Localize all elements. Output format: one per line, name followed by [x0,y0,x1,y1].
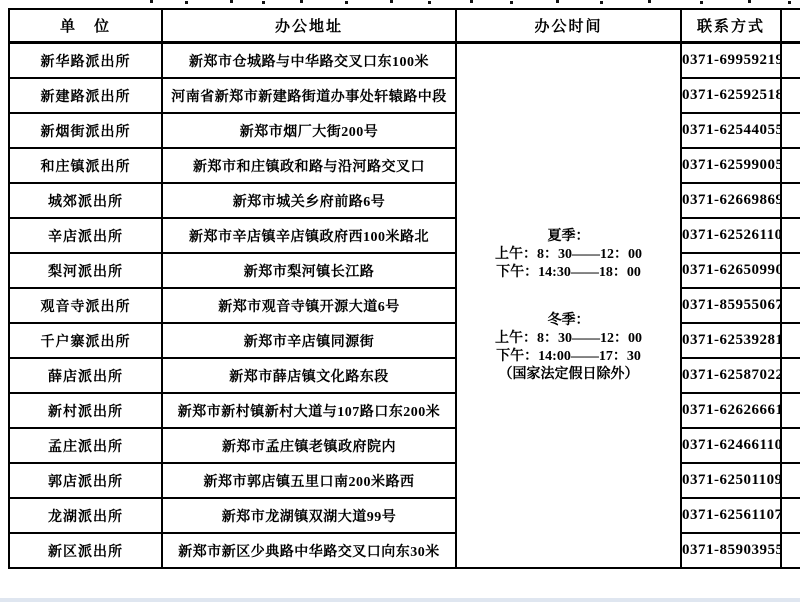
address-cell: 新郑市城关乡府前路6号 [162,183,456,218]
unit-cell: 观音寺派出所 [9,288,162,323]
office-hours-cell: 夏季： 上午：8：30——12：00 下午：14:30——18：00 冬季： 上… [456,43,681,569]
summer-title: 夏季： [495,228,642,246]
phone-cell: 0371-62539281 [681,323,781,358]
phone-cell: 0371-85903955 [681,533,781,568]
cutoff-cell [781,288,800,323]
address-cell: 新郑市龙湖镇双湖大道99号 [162,498,456,533]
address-cell: 新郑市梨河镇长江路 [162,253,456,288]
table-row: 龙湖派出所 新郑市龙湖镇双湖大道99号 0371-62561107 [9,498,800,533]
cutoff-cell [781,183,800,218]
winter-am: 上午：8：30——12：00 [495,330,642,348]
address-cell: 新郑市新村镇新村大道与107路口东200米 [162,393,456,428]
address-cell: 新郑市和庄镇政和路与沿河路交叉口 [162,148,456,183]
phone-cell: 0371-62669869 [681,183,781,218]
cutoff-cell [781,533,800,568]
phone-cell: 0371-62650990 [681,253,781,288]
table-row: 孟庄派出所 新郑市孟庄镇老镇政府院内 0371-62466110 [9,428,800,463]
address-cell: 新郑市孟庄镇老镇政府院内 [162,428,456,463]
office-hours-block: 夏季： 上午：8：30——12：00 下午：14:30——18：00 冬季： 上… [457,228,680,384]
cutoff-cell [781,498,800,533]
address-cell: 新郑市郭店镇五里口南200米路西 [162,463,456,498]
winter-title: 冬季： [495,312,642,330]
unit-cell: 孟庄派出所 [9,428,162,463]
cutoff-cell [781,218,800,253]
phone-cell: 0371-62501109 [681,463,781,498]
table-row: 新村派出所 新郑市新村镇新村大道与107路口东200米 0371-6262666… [9,393,800,428]
table-row: 新华路派出所 新郑市仓城路与中华路交叉口东100米 夏季： 上午：8：30——1… [9,43,800,79]
table-row: 薛店派出所 新郑市薛店镇文化路东段 0371-62587022 [9,358,800,393]
unit-cell: 薛店派出所 [9,358,162,393]
address-cell: 新郑市观音寺镇开源大道6号 [162,288,456,323]
phone-cell: 0371-62526110 [681,218,781,253]
holiday-note: （国家法定假日除外） [495,366,642,384]
unit-cell: 新建路派出所 [9,78,162,113]
table-row: 城郊派出所 新郑市城关乡府前路6号 0371-62669869 [9,183,800,218]
phone-cell: 0371-85955067 [681,288,781,323]
unit-cell: 新村派出所 [9,393,162,428]
summer-am: 上午：8：30——12：00 [495,246,642,264]
phone-cell: 0371-62544055 [681,113,781,148]
phone-cell: 0371-62561107 [681,498,781,533]
header-unit: 单 位 [9,9,162,43]
table-row: 千户寨派出所 新郑市辛店镇同源街 0371-62539281 [9,323,800,358]
page-bottom-strip [0,598,800,602]
header-cutoff-column [781,9,800,43]
cutoff-cell [781,463,800,498]
table-row: 和庄镇派出所 新郑市和庄镇政和路与沿河路交叉口 0371-62599005 [9,148,800,183]
unit-cell: 千户寨派出所 [9,323,162,358]
table-row: 观音寺派出所 新郑市观音寺镇开源大道6号 0371-85955067 [9,288,800,323]
phone-cell: 0371-62592518 [681,78,781,113]
unit-cell: 郭店派出所 [9,463,162,498]
cutoff-cell [781,393,800,428]
phone-cell: 0371-62626661 [681,393,781,428]
unit-cell: 和庄镇派出所 [9,148,162,183]
cutoff-cell [781,253,800,288]
summer-hours: 夏季： 上午：8：30——12：00 下午：14:30——18：00 [495,228,642,282]
header-hours: 办公时间 [456,9,681,43]
address-cell: 新郑市仓城路与中华路交叉口东100米 [162,43,456,79]
address-cell: 新郑市辛店镇同源街 [162,323,456,358]
header-row: 单 位 办公地址 办公时间 联系方式 [9,9,800,43]
cutoff-cell [781,78,800,113]
summer-pm: 下午：14:30——18：00 [495,264,642,282]
address-cell: 新郑市薛店镇文化路东段 [162,358,456,393]
phone-cell: 0371-69959219 [681,43,781,79]
table-row: 新烟街派出所 新郑市烟厂大街200号 0371-62544055 [9,113,800,148]
phone-cell: 0371-62587022 [681,358,781,393]
cutoff-cell [781,428,800,463]
phone-cell: 0371-62466110 [681,428,781,463]
table-row: 郭店派出所 新郑市郭店镇五里口南200米路西 0371-62501109 [9,463,800,498]
address-cell: 河南省新郑市新建路街道办事处轩辕路中段 [162,78,456,113]
cutoff-cell [781,113,800,148]
unit-cell: 新烟街派出所 [9,113,162,148]
cutoff-cell [781,43,800,79]
cutoff-cell [781,148,800,183]
winter-hours: 冬季： 上午：8：30——12：00 下午：14:00——17：30 （国家法定… [495,312,642,384]
table-row: 梨河派出所 新郑市梨河镇长江路 0371-62650990 [9,253,800,288]
address-cell: 新郑市新区少典路中华路交叉口向东30米 [162,533,456,568]
header-contact: 联系方式 [681,9,781,43]
table-row: 辛店派出所 新郑市辛店镇辛店镇政府西100米路北 0371-62526110 [9,218,800,253]
unit-cell: 龙湖派出所 [9,498,162,533]
address-cell: 新郑市烟厂大街200号 [162,113,456,148]
cutoff-cell [781,358,800,393]
winter-pm: 下午：14:00——17：30 [495,348,642,366]
cropped-text-artifact [0,0,3,3]
table-row: 新区派出所 新郑市新区少典路中华路交叉口向东30米 0371-85903955 [9,533,800,568]
police-stations-table: 单 位 办公地址 办公时间 联系方式 新华路派出所 新郑市仓城路与中华路交叉口东… [8,8,800,569]
unit-cell: 梨河派出所 [9,253,162,288]
address-cell: 新郑市辛店镇辛店镇政府西100米路北 [162,218,456,253]
unit-cell: 城郊派出所 [9,183,162,218]
unit-cell: 新区派出所 [9,533,162,568]
cutoff-cell [781,323,800,358]
header-address: 办公地址 [162,9,456,43]
phone-cell: 0371-62599005 [681,148,781,183]
table-row: 新建路派出所 河南省新郑市新建路街道办事处轩辕路中段 0371-62592518 [9,78,800,113]
unit-cell: 辛店派出所 [9,218,162,253]
unit-cell: 新华路派出所 [9,43,162,79]
